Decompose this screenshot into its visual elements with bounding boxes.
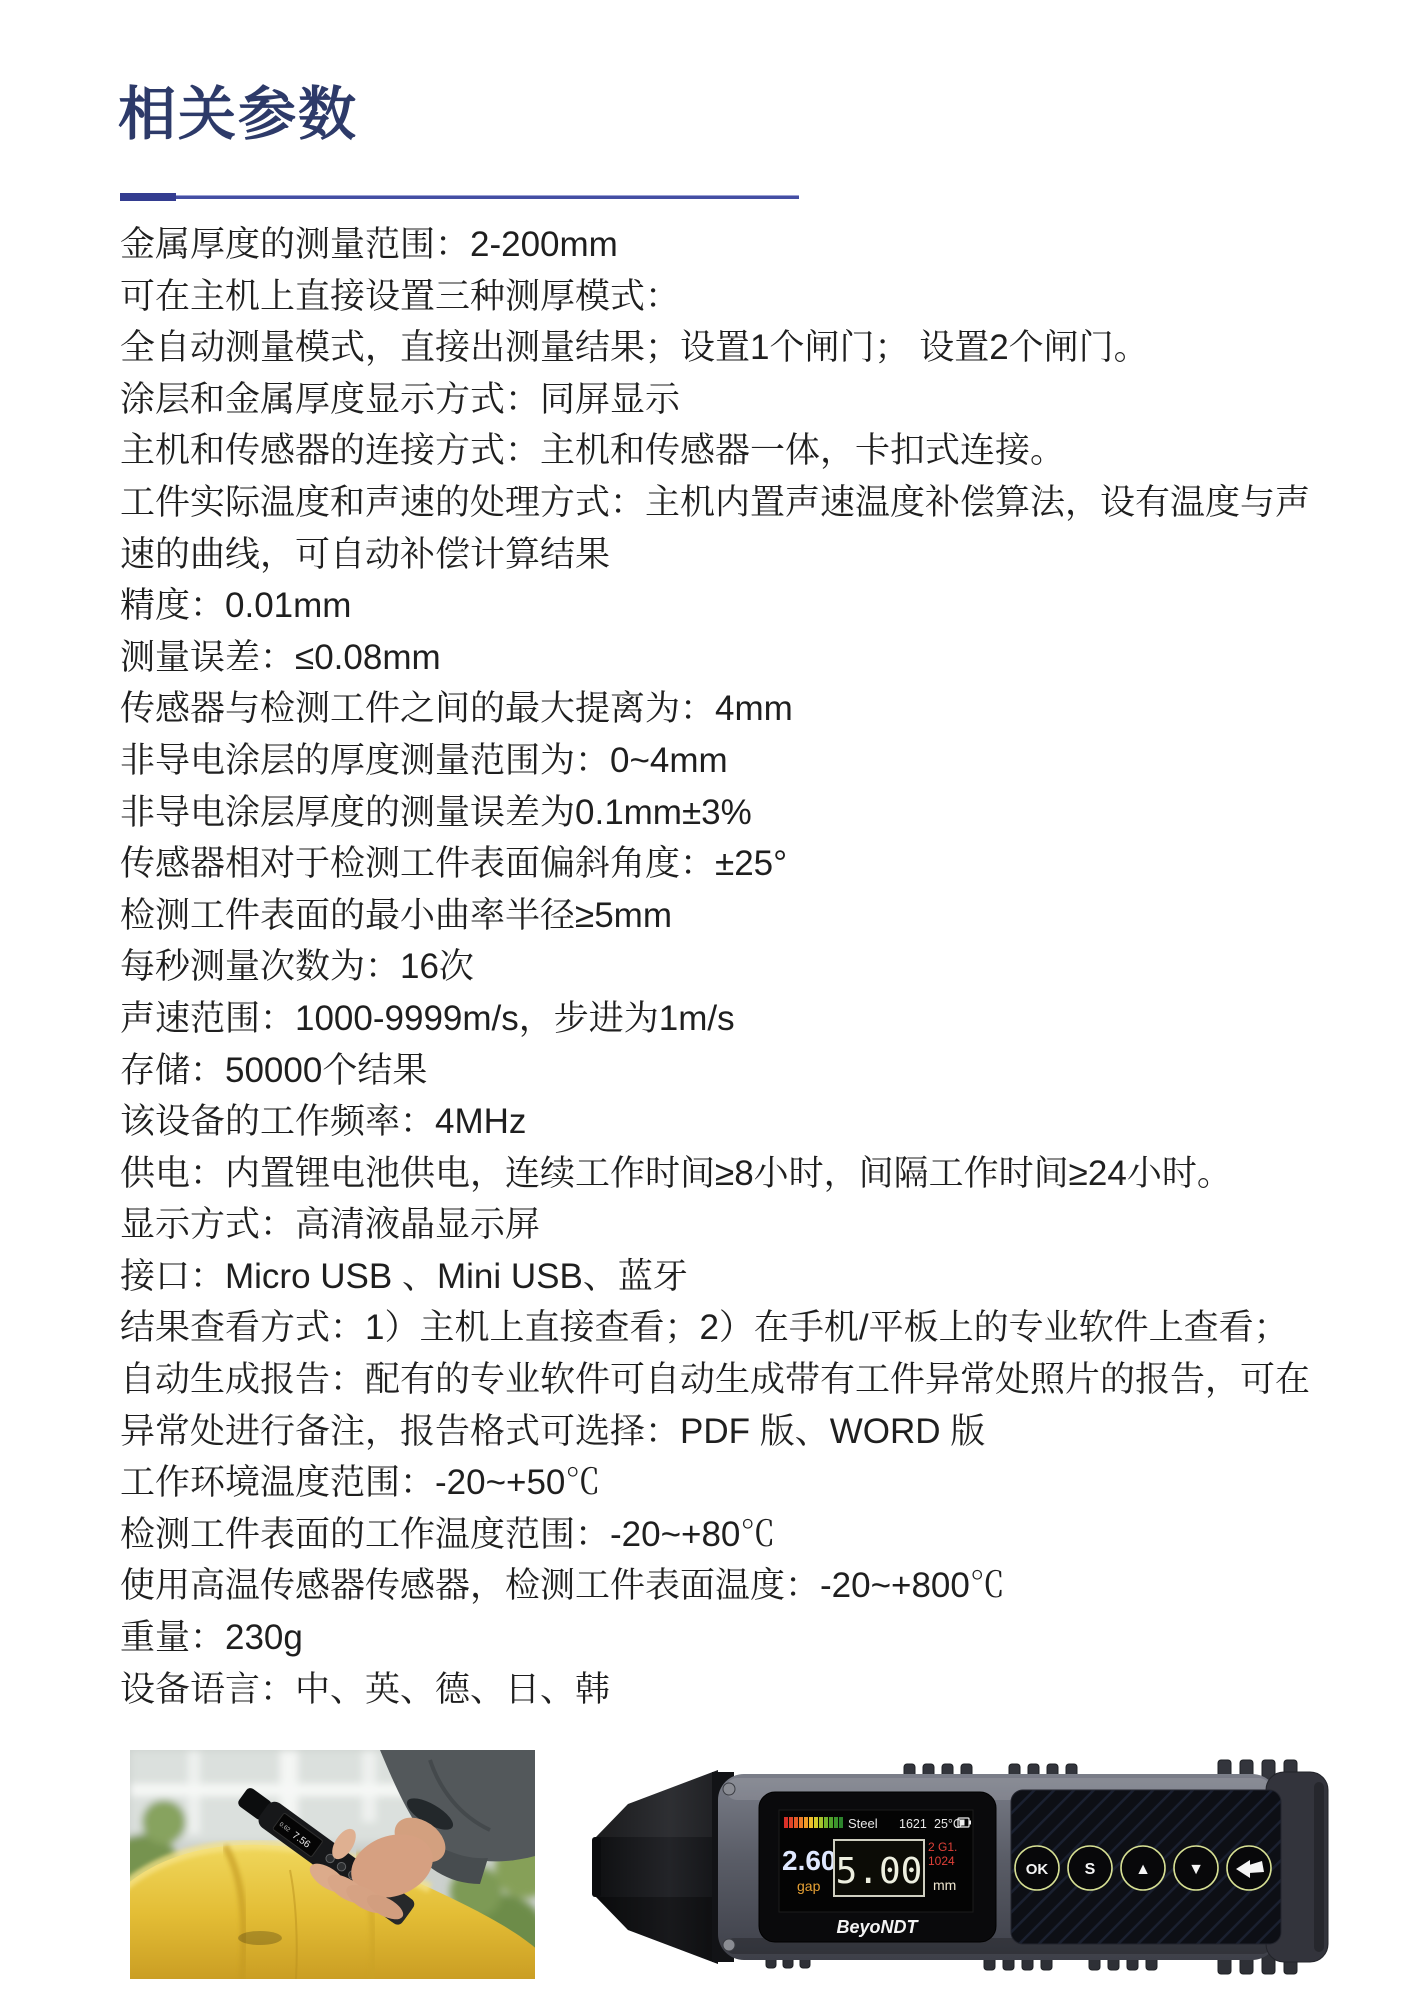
spec-line: 测量误差：≤0.08mm (120, 632, 1414, 684)
end-cap-edge (1314, 1782, 1324, 1952)
screw (723, 1939, 735, 1951)
spec-line: 每秒测量次数为：16次 (120, 941, 1414, 993)
spec-line: 工作环境温度范围：-20~+50℃ (120, 1457, 1414, 1509)
spec-line: 精度：0.01mm (120, 580, 1414, 632)
spec-line: 传感器相对于检测工件表面偏斜角度：±25° (120, 838, 1414, 890)
spec-line: 非导电涂层厚度的测量误差为0.1mm±3% (120, 787, 1414, 839)
spec-line: 速的曲线，可自动补偿计算结果 (120, 529, 1414, 581)
title-divider (120, 193, 799, 201)
back-button (1227, 1846, 1271, 1890)
spec-line: 检测工件表面的工作温度范围：-20~+80℃ (120, 1509, 1414, 1561)
svg-text:S: S (1085, 1861, 1096, 1878)
spec-list: 金属厚度的测量范围：2-200mm 可在主机上直接设置三种测厚模式： 全自动测量… (120, 219, 1414, 1715)
product-photo-art: Steel 1621 25°C 2.60 gap 5.00 2 G1. 1024… (566, 1742, 1346, 1992)
thickness-main-value: 5.00 (836, 1851, 923, 1892)
field-usage-photo: 0.62 7.56 (130, 1750, 535, 1979)
gap-value: 2.60 (782, 1845, 837, 1876)
page-title: 相关参数 (118, 84, 358, 146)
field-photo-art: 0.62 7.56 (130, 1750, 535, 1979)
unit-label: mm (933, 1877, 956, 1893)
gate-mode: 2 G1. (928, 1840, 957, 1854)
s-button: S (1068, 1846, 1112, 1890)
spec-line: 非导电涂层的厚度测量范围为：0~4mm (120, 735, 1414, 787)
spec-page: 相关参数 金属厚度的测量范围：2-200mm 可在主机上直接设置三种测厚模式： … (0, 0, 1414, 2000)
spec-line: 传感器与检测工件之间的最大提离为：4mm (120, 683, 1414, 735)
down-button: ▼ (1174, 1846, 1218, 1890)
spec-line: 全自动测量模式，直接出测量结果；设置1个闸门； 设置2个闸门。 (120, 322, 1414, 374)
screw (723, 1783, 735, 1795)
product-photo: Steel 1621 25°C 2.60 gap 5.00 2 G1. 1024… (566, 1742, 1346, 1992)
spec-line: 设备语言：中、英、德、日、韩 (120, 1664, 1414, 1716)
velocity-value: 1621 (899, 1817, 927, 1831)
device-shadow (238, 1931, 282, 1945)
spec-line: 接口：Micro USB 、Mini USB、蓝牙 (120, 1251, 1414, 1303)
spec-line: 金属厚度的测量范围：2-200mm (120, 219, 1414, 271)
gap-label: gap (797, 1878, 821, 1894)
spec-line: 工件实际温度和声速的处理方式：主机内置声速温度补偿算法，设有温度与声 (120, 477, 1414, 529)
spec-line: 结果查看方式：1）主机上直接查看；2）在手机/平板上的专业软件上查看； (120, 1302, 1414, 1354)
spec-line: 该设备的工作频率：4MHz (120, 1096, 1414, 1148)
spec-line: 可在主机上直接设置三种测厚模式： (120, 271, 1414, 323)
spec-line: 主机和传感器的连接方式：主机和传感器一体，卡扣式连接。 (120, 425, 1414, 477)
up-button: ▲ (1121, 1846, 1165, 1890)
spec-line: 检测工件表面的最小曲率半径≥5mm (120, 890, 1414, 942)
spec-line: 使用高温传感器传感器，检测工件表面温度：-20~+800℃ (120, 1560, 1414, 1612)
divider-accent (120, 193, 176, 201)
spec-line: 异常处进行备注，报告格式可选择：PDF 版、WORD 版 (120, 1406, 1414, 1458)
divider-line (176, 195, 799, 199)
spec-line: 供电：内置锂电池供电，连续工作时间≥8小时，间隔工作时间≥24小时。 (120, 1148, 1414, 1200)
spec-line: 重量：230g (120, 1612, 1414, 1664)
spec-line: 声速范围：1000-9999m/s，步进为1m/s (120, 993, 1414, 1045)
up-arrow-icon: ▲ (1135, 1861, 1151, 1878)
ok-button: OK (1015, 1846, 1059, 1890)
keypad-panel: OK S ▲ ▼ (1011, 1790, 1281, 1944)
device-display: Steel 1621 25°C 2.60 gap 5.00 2 G1. 1024… (759, 1792, 996, 1942)
svg-text:OK: OK (1026, 1861, 1049, 1878)
spec-line: 显示方式：高清液晶显示屏 (120, 1199, 1414, 1251)
probe-face (592, 1837, 601, 1897)
device-nose-cone (592, 1770, 718, 1964)
spec-line: 自动生成报告：配有的专业软件可自动生成带有工件异常处照片的报告，可在 (120, 1354, 1414, 1406)
gain-value: 1024 (928, 1854, 955, 1868)
brand-logo: BeyoNDT (836, 1917, 919, 1937)
spec-line: 涂层和金属厚度显示方式：同屏显示 (120, 374, 1414, 426)
spec-line: 存储：50000个结果 (120, 1045, 1414, 1097)
material-label: Steel (848, 1816, 878, 1831)
down-arrow-icon: ▼ (1188, 1861, 1204, 1878)
